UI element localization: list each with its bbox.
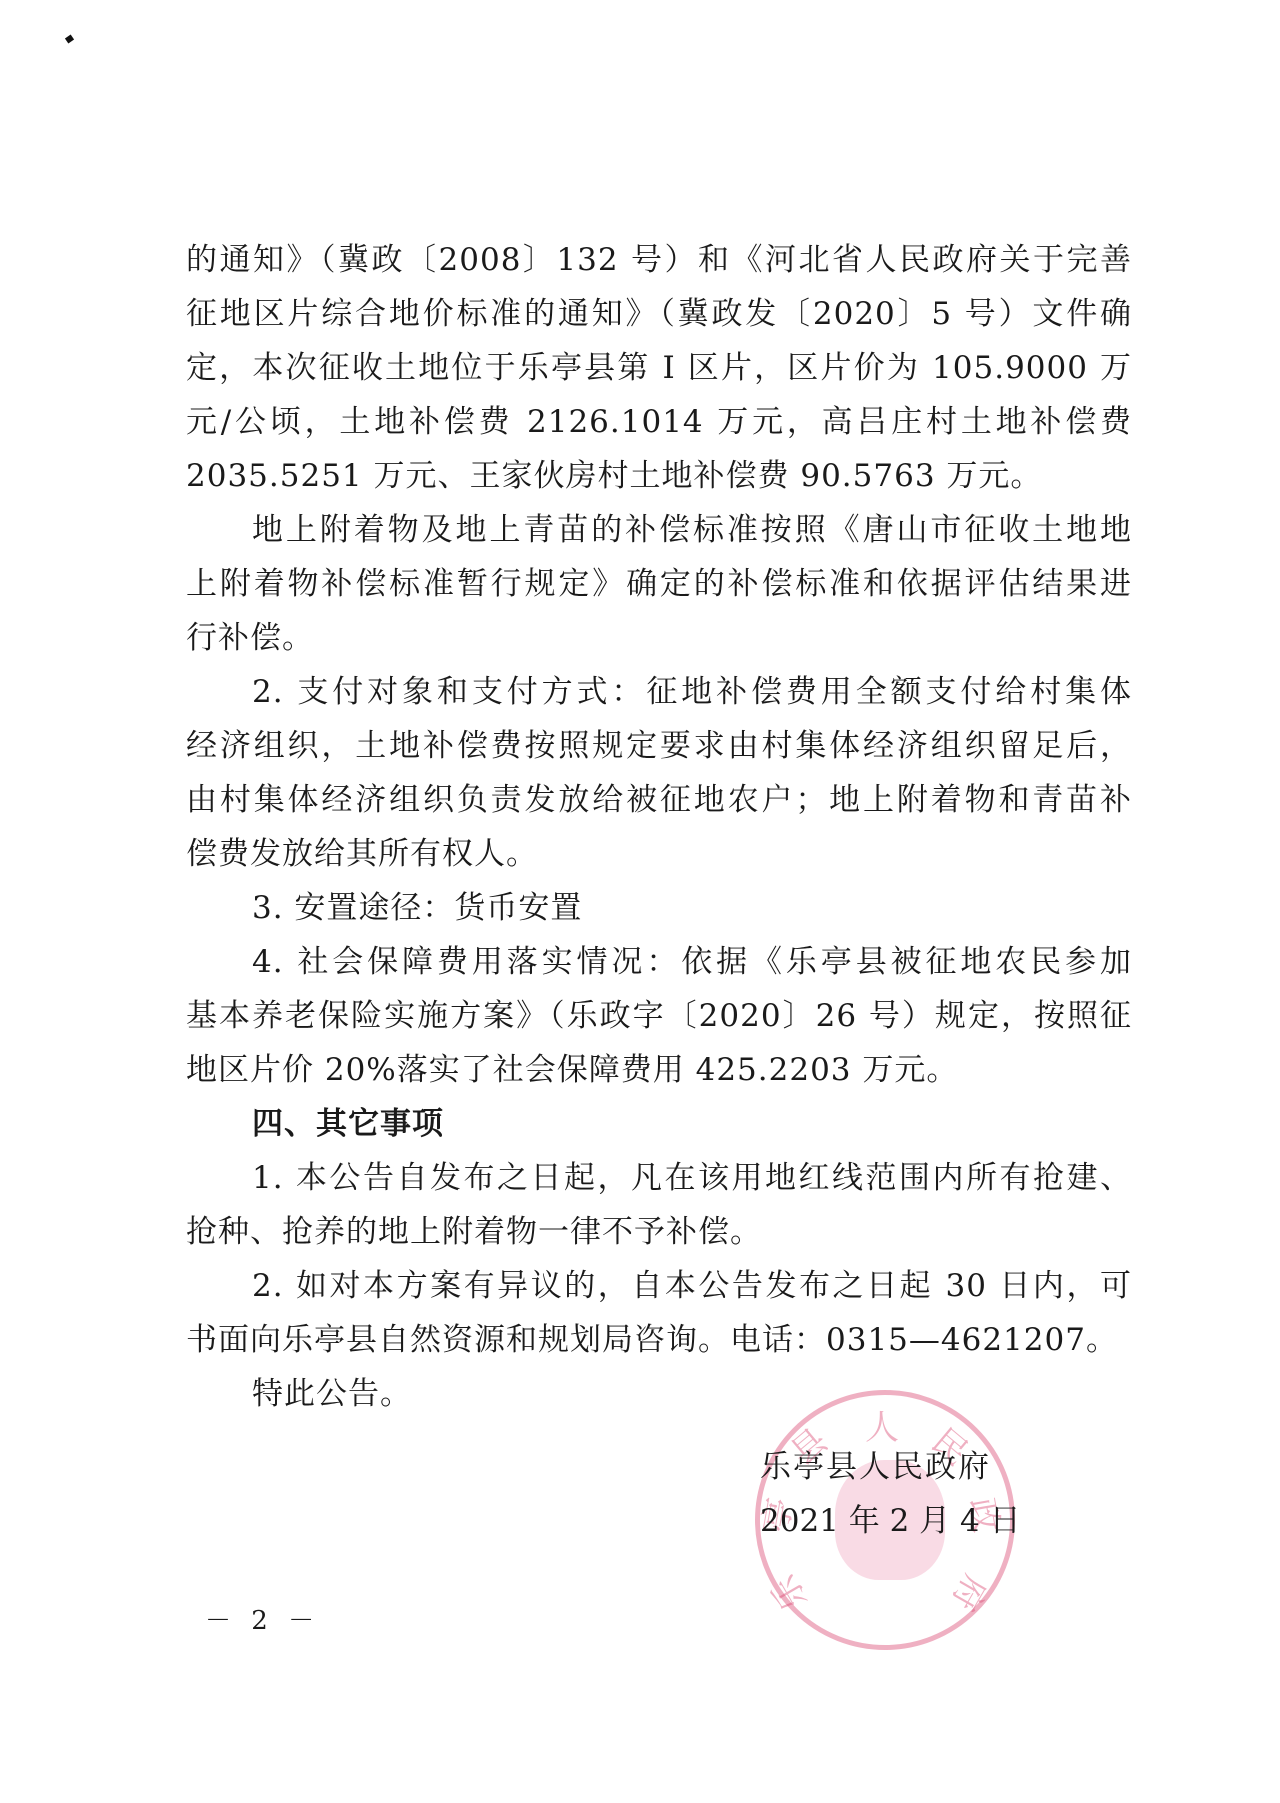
paragraph-line: 行补偿。: [186, 611, 1132, 665]
paragraph-line: 由村集体经济组织负责发放给被征地农户；地上附着物和青苗补: [186, 773, 1132, 827]
paragraph-line: 征地区片综合地价标准的通知》（冀政发〔2020〕5 号）文件确: [186, 287, 1132, 341]
paragraph-line: 书面向乐亭县自然资源和规划局咨询。电话：0315—4621207。: [186, 1313, 1132, 1367]
list-item-2: 2. 如对本方案有异议的，自本公告发布之日起 30 日内，可: [186, 1259, 1132, 1313]
list-item-3: 3. 安置途径：货币安置: [186, 881, 1132, 935]
list-item-1: 1. 本公告自发布之日起，凡在该用地红线范围内所有抢建、: [186, 1151, 1132, 1205]
page-number: － 2 －: [205, 1600, 320, 1637]
issuer-name: 乐亭县人民政府: [760, 1440, 1020, 1494]
paragraph-line: 偿费发放给其所有权人。: [186, 827, 1132, 881]
closing-text: 特此公告。: [186, 1367, 1132, 1421]
list-item-4: 4. 社会保障费用落实情况：依据《乐亭县被征地农民参加: [186, 935, 1132, 989]
paragraph-line: 抢种、抢养的地上附着物一律不予补偿。: [186, 1205, 1132, 1259]
paragraph-line: 经济组织，土地补偿费按照规定要求由村集体经济组织留足后，: [186, 719, 1132, 773]
paragraph-line: 地区片价 20%落实了社会保障费用 425.2203 万元。: [186, 1043, 1132, 1097]
list-item-2: 2. 支付对象和支付方式：征地补偿费用全额支付给村集体: [186, 665, 1132, 719]
issue-date: 2021 年 2 月 4 日: [760, 1494, 1020, 1548]
paragraph-line: 上附着物补偿标准暂行规定》确定的补偿标准和依据评估结果进: [186, 557, 1132, 611]
paragraph-line: 地上附着物及地上青苗的补偿标准按照《唐山市征收土地地: [186, 503, 1132, 557]
paragraph-line: 2035.5251 万元、王家伙房村土地补偿费 90.5763 万元。: [186, 449, 1132, 503]
paragraph-line: 的通知》（冀政〔2008〕132 号）和《河北省人民政府关于完善: [186, 233, 1132, 287]
scan-artifact: [65, 35, 74, 44]
paragraph-line: 定，本次征收土地位于乐亭县第 I 区片，区片价为 105.9000 万: [186, 341, 1132, 395]
document-page: 的通知》（冀政〔2008〕132 号）和《河北省人民政府关于完善 征地区片综合地…: [0, 0, 1280, 1803]
body-text: 的通知》（冀政〔2008〕132 号）和《河北省人民政府关于完善 征地区片综合地…: [186, 233, 1132, 1421]
seal-char: 乐: [757, 1568, 816, 1622]
section-heading: 四、其它事项: [186, 1097, 1132, 1151]
paragraph-line: 元/公顷，土地补偿费 2126.1014 万元，高吕庄村土地补偿费: [186, 395, 1132, 449]
seal-char: 府: [942, 1568, 1001, 1622]
paragraph-line: 基本养老保险实施方案》（乐政字〔2020〕26 号）规定，按照征: [186, 989, 1132, 1043]
